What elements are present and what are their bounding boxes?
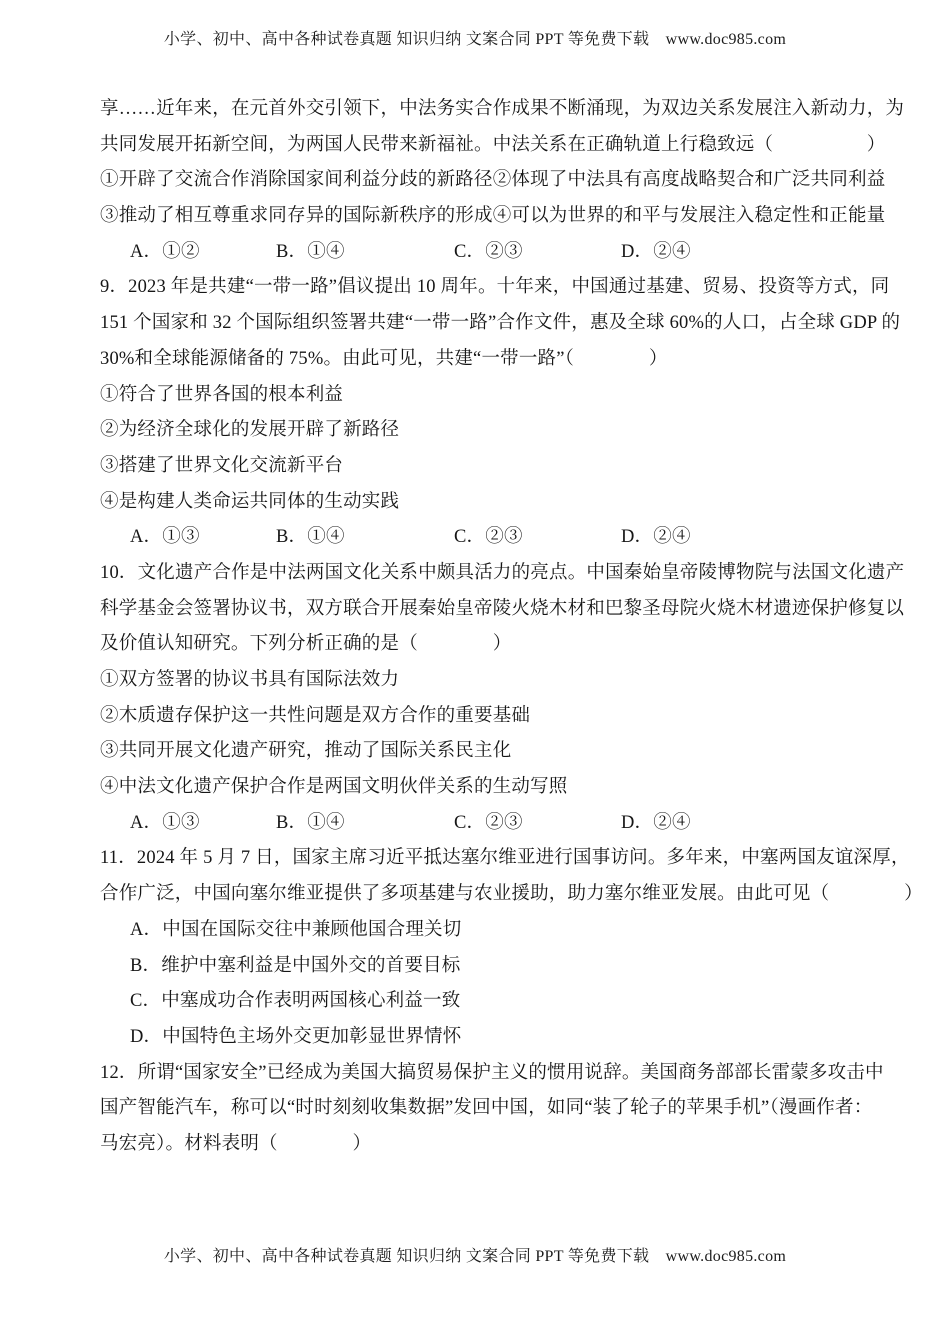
text-line: ①开辟了交流合作消除国家间利益分歧的新路径②体现了中法具有高度战略契合和广泛共同… xyxy=(100,163,895,199)
text-line: ③共同开展文化遗产研究，推动了国际关系民主化 xyxy=(100,734,895,770)
text-line: 10．文化遗产合作是中法两国文化关系中颇具活力的亮点。中国秦始皇帝陵博物院与法国… xyxy=(100,556,895,592)
text-line: 12．所谓“国家安全”已经成为美国大搞贸易保护主义的惯用说辞。美国商务部部长雷蒙… xyxy=(100,1056,895,1092)
choice-item: D．②④ xyxy=(621,806,691,842)
choice-item: A．①③ xyxy=(130,520,200,556)
text-line: ④是构建人类命运共同体的生动实践 xyxy=(100,485,895,521)
choice-item: D．②④ xyxy=(621,235,691,271)
text-line: ②木质遗存保护这一共性问题是双方合作的重要基础 xyxy=(100,699,895,735)
watermark-footer: 小学、初中、高中各种试卷真题 知识归纳 文案合同 PPT 等免费下载 www.d… xyxy=(0,1243,950,1266)
choice-item: C．②③ xyxy=(454,235,523,271)
text-line: ④中法文化遗产保护合作是两国文明伙伴关系的生动写照 xyxy=(100,770,895,806)
text-line: ①双方签署的协议书具有国际法效力 xyxy=(100,663,895,699)
text-line: 共同发展开拓新空间，为两国人民带来新福祉。中法关系在正确轨道上行稳致远（ ） xyxy=(100,128,895,164)
choices-row: A．①③B．①④C．②③D．②④ xyxy=(100,806,895,842)
text-line: ①符合了世界各国的根本利益 xyxy=(100,378,895,414)
option-line: A．中国在国际交往中兼顾他国合理关切 xyxy=(100,913,895,949)
text-line: 及价值认知研究。下列分析正确的是（ ） xyxy=(100,627,895,663)
choices-row: A．①③B．①④C．②③D．②④ xyxy=(100,520,895,556)
option-line: B．维护中塞利益是中国外交的首要目标 xyxy=(100,949,895,985)
text-line: 151 个国家和 32 个国际组织签署共建“一带一路”合作文件，惠及全球 60%… xyxy=(100,306,895,342)
choice-item: B．①④ xyxy=(276,806,345,842)
text-line: 9．2023 年是共建“一带一路”倡议提出 10 周年。十年来，中国通过基建、贸… xyxy=(100,270,895,306)
text-line: 马宏亮）。材料表明（ ） xyxy=(100,1127,895,1163)
choices-row: A．①②B．①④C．②③D．②④ xyxy=(100,235,895,271)
choice-item: D．②④ xyxy=(621,520,691,556)
choice-item: C．②③ xyxy=(454,806,523,842)
text-line: 享……近年来，在元首外交引领下，中法务实合作成果不断涌现，为双边关系发展注入新动… xyxy=(100,92,895,128)
text-line: 国产智能汽车，称可以“时时刻刻收集数据”发回中国，如同“装了轮子的苹果手机”（漫… xyxy=(100,1091,895,1127)
text-line: ③搭建了世界文化交流新平台 xyxy=(100,449,895,485)
choice-item: A．①② xyxy=(130,235,200,271)
text-line: 合作广泛，中国向塞尔维亚提供了多项基建与农业援助，助力塞尔维亚发展。由此可见（ … xyxy=(100,877,895,913)
watermark-header: 小学、初中、高中各种试卷真题 知识归纳 文案合同 PPT 等免费下载 www.d… xyxy=(0,26,950,49)
document-body: 享……近年来，在元首外交引领下，中法务实合作成果不断涌现，为双边关系发展注入新动… xyxy=(100,92,895,1163)
choice-item: B．①④ xyxy=(276,235,345,271)
choice-item: B．①④ xyxy=(276,520,345,556)
option-line: D．中国特色主场外交更加彰显世界情怀 xyxy=(100,1020,895,1056)
text-line: ②为经济全球化的发展开辟了新路径 xyxy=(100,413,895,449)
exam-page: 小学、初中、高中各种试卷真题 知识归纳 文案合同 PPT 等免费下载 www.d… xyxy=(0,0,950,1344)
text-line: 科学基金会签署协议书，双方联合开展秦始皇帝陵火烧木材和巴黎圣母院火烧木材遗迹保护… xyxy=(100,592,895,628)
option-line: C．中塞成功合作表明两国核心利益一致 xyxy=(100,984,895,1020)
text-line: ③推动了相互尊重求同存异的国际新秩序的形成④可以为世界的和平与发展注入稳定性和正… xyxy=(100,199,895,235)
choice-item: A．①③ xyxy=(130,806,200,842)
text-line: 30%和全球能源储备的 75%。由此可见，共建“一带一路”（ ） xyxy=(100,342,895,378)
text-line: 11．2024 年 5 月 7 日，国家主席习近平抵达塞尔维亚进行国事访问。多年… xyxy=(100,841,895,877)
choice-item: C．②③ xyxy=(454,520,523,556)
